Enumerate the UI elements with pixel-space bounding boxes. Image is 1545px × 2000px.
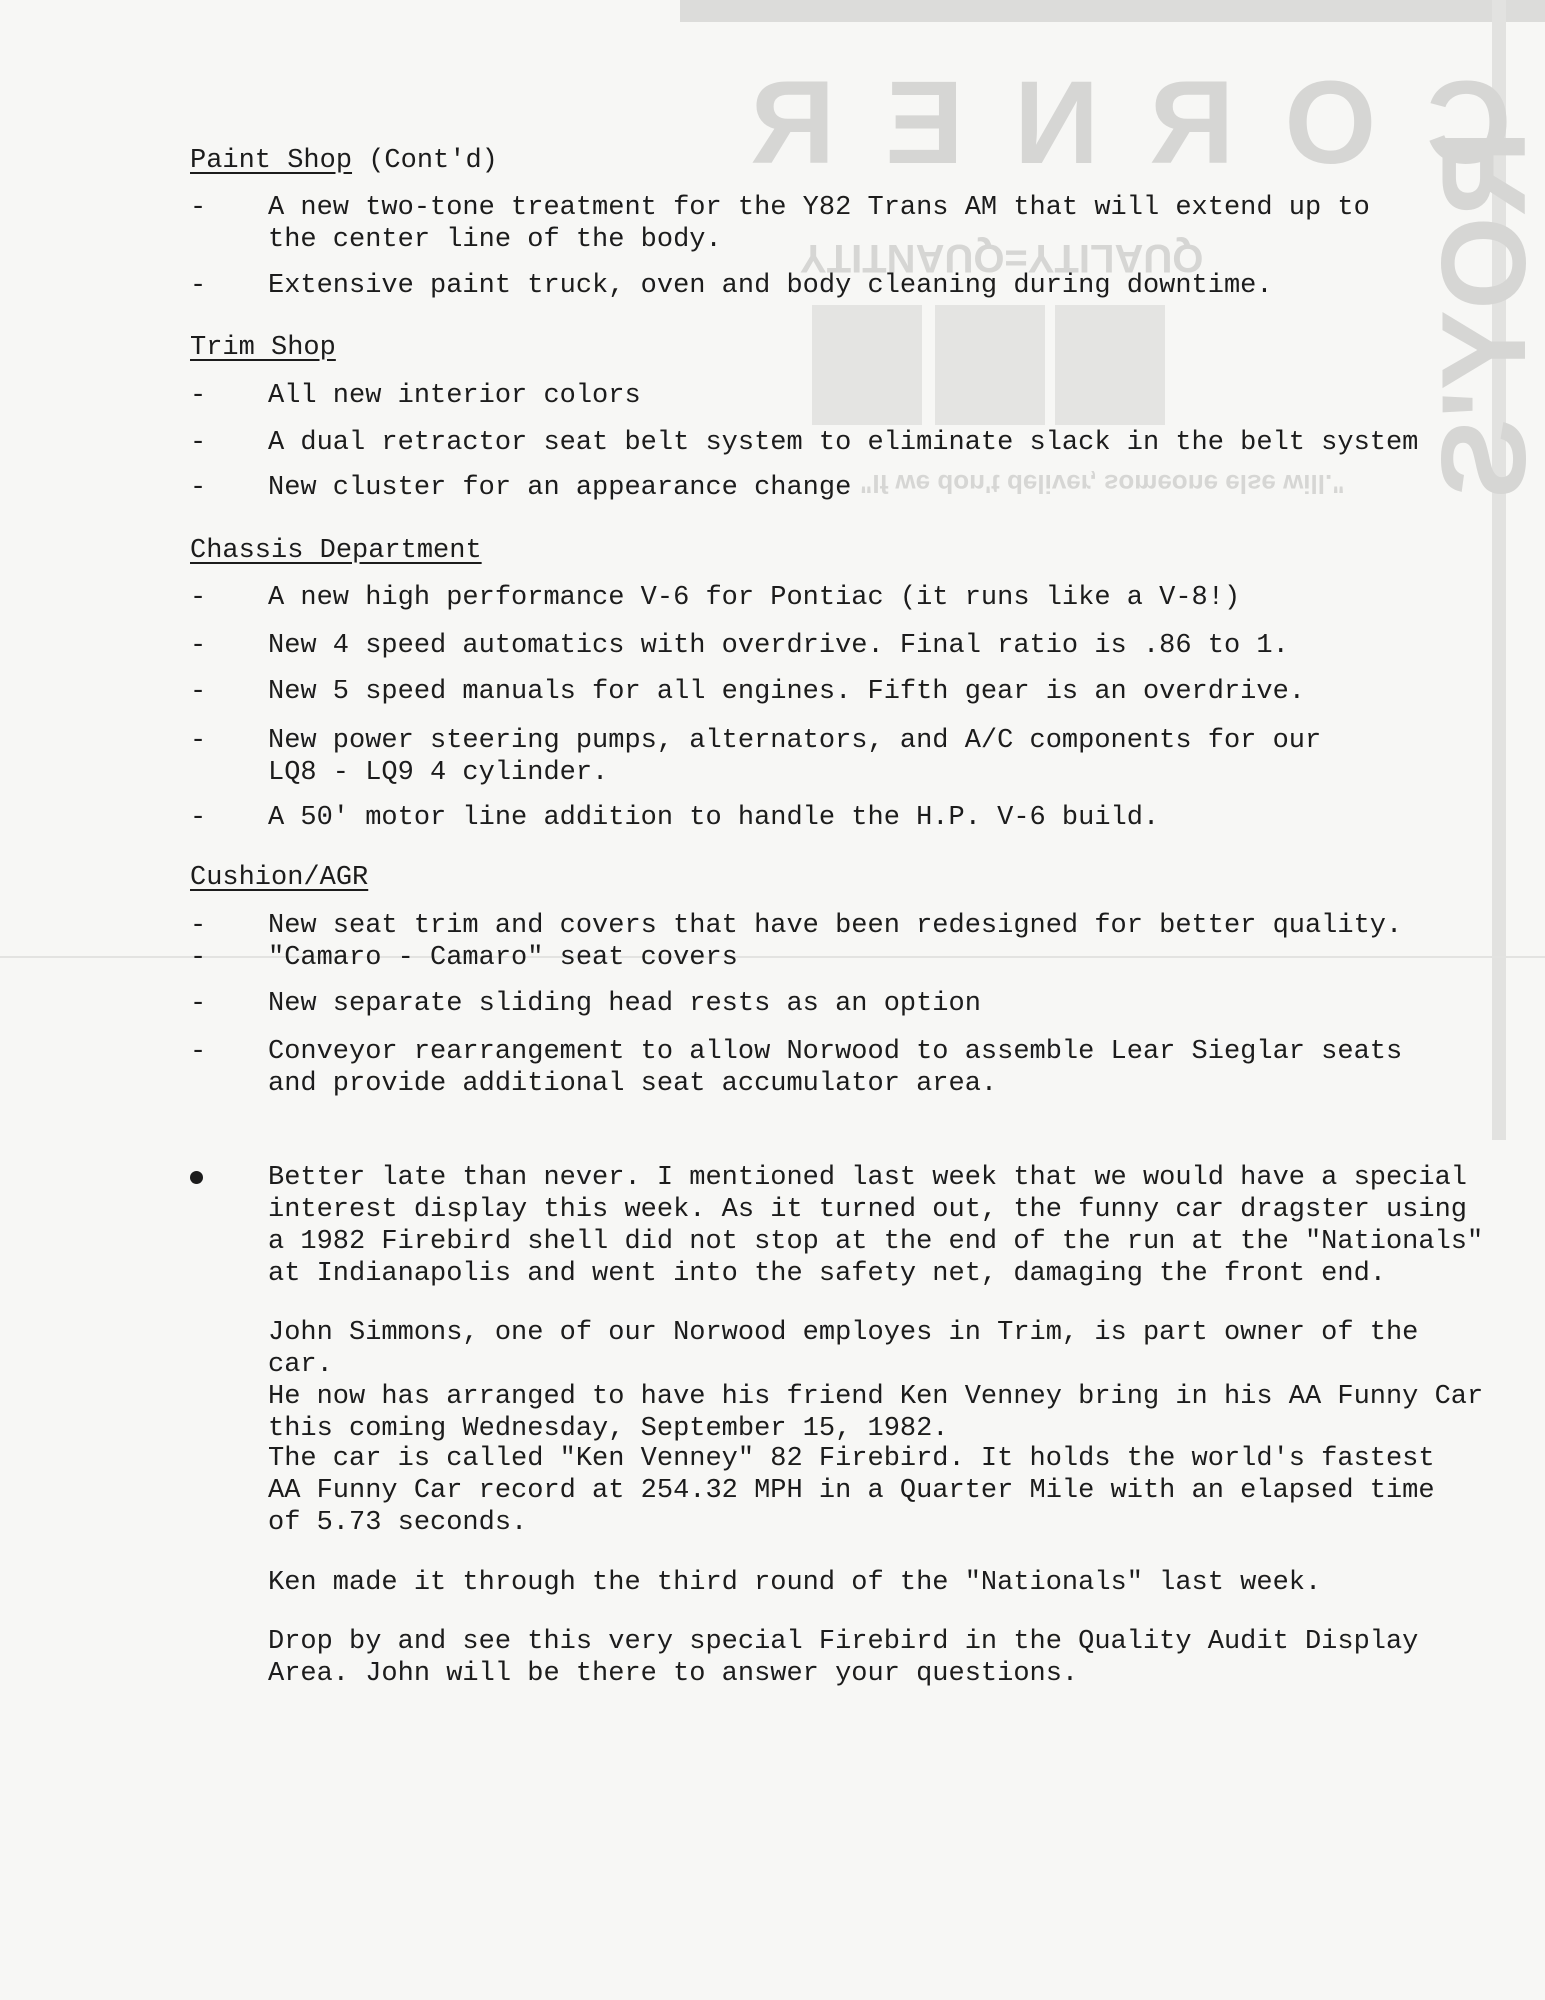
section-heading-chassis-department: Chassis Department xyxy=(190,535,482,567)
section-heading-trim-shop: Trim Shop xyxy=(190,332,336,364)
document-page: Paint Shop (Cont'd) -A new two-tone trea… xyxy=(0,0,1545,2000)
section-heading-paint-shop: Paint Shop (Cont'd) xyxy=(190,145,498,177)
announcement-paragraph: John Simmons, one of our Norwood employe… xyxy=(268,1317,1488,1445)
announcement-paragraph: Ken made it through the third round of t… xyxy=(268,1567,1488,1599)
bullet-icon xyxy=(190,1171,203,1184)
announcement-paragraph: The car is called "Ken Venney" 82 Firebi… xyxy=(268,1443,1488,1539)
section-heading-cushion-agr: Cushion/AGR xyxy=(190,862,368,894)
announcement-paragraph: Drop by and see this very special Firebi… xyxy=(268,1626,1488,1690)
